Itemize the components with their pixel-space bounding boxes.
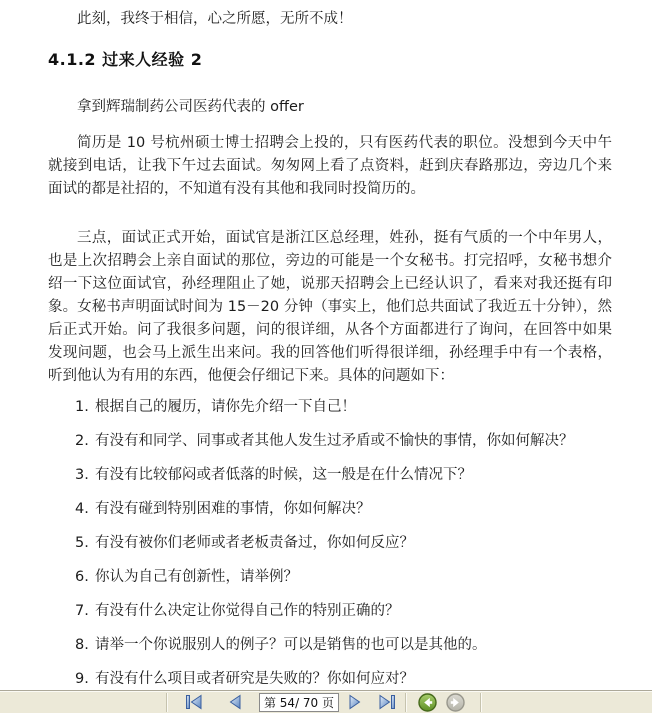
forward-history-icon: [446, 693, 465, 712]
last-page-button[interactable]: [377, 692, 397, 712]
first-page-icon: [184, 694, 204, 710]
paragraph: 三点，面试正式开始，面试官是浙江区总经理，姓孙，挺有气质的一个中年男人，也是上次…: [48, 227, 612, 388]
page-navigation-toolbar: 第 54/ 70 页: [0, 690, 652, 713]
document-viewer-window: 此刻，我终于相信，心之所愿，无所不成！ 4.1.2 过来人经验 2 拿到辉瑞制药…: [0, 0, 652, 713]
next-page-button[interactable]: [347, 692, 363, 712]
offer-line: 拿到辉瑞制药公司医药代表的 offer: [48, 96, 612, 119]
list-item: 7.有没有什么决定让你觉得自己作的特别正确的？: [75, 600, 612, 622]
list-item: 9.有没有什么项目或者研究是失败的？你如何应对？: [75, 668, 612, 690]
back-history-icon: [418, 693, 437, 712]
page-number-label: 第 54/ 70 页: [264, 694, 334, 711]
list-item: 3.有没有比较郁闷或者低落的时候，这一般是在什么情况下？: [75, 464, 612, 486]
list-item: 2.有没有和同学、同事或者其他人发生过矛盾或不愉快的事情，你如何解决？: [75, 430, 612, 452]
toolbar-separator: [480, 693, 482, 712]
forward-button[interactable]: [446, 692, 465, 712]
toolbar-separator: [166, 693, 168, 712]
opening-paragraph: 此刻，我终于相信，心之所愿，无所不成！: [48, 8, 612, 31]
last-page-icon: [377, 694, 397, 710]
list-item: 1.根据自己的履历，请你先介绍一下自己！: [75, 396, 612, 418]
next-page-icon: [347, 694, 363, 710]
section-heading: 4.1.2 过来人经验 2: [48, 50, 612, 70]
list-item: 5.有没有被你们老师或者老板责备过，你如何反应？: [75, 532, 612, 554]
first-page-button[interactable]: [184, 692, 204, 712]
previous-page-icon: [227, 694, 243, 710]
question-list: 1.根据自己的履历，请你先介绍一下自己！ 2.有没有和同学、同事或者其他人发生过…: [48, 396, 612, 690]
previous-page-button[interactable]: [227, 692, 243, 712]
page-number-field[interactable]: 第 54/ 70 页: [259, 693, 339, 712]
paragraph: 简历是 10 号杭州硕士博士招聘会上投的，只有医药代表的职位。没想到今天中午就接…: [48, 132, 612, 201]
list-item: 6.你认为自己有创新性，请举例？: [75, 566, 612, 588]
back-button[interactable]: [418, 692, 437, 712]
list-item: 4.有没有碰到特别困难的事情，你如何解决？: [75, 498, 612, 520]
document-page: 此刻，我终于相信，心之所愿，无所不成！ 4.1.2 过来人经验 2 拿到辉瑞制药…: [0, 0, 652, 690]
toolbar-separator: [405, 693, 407, 712]
list-item: 8.请举一个你说服别人的例子？可以是销售的也可以是其他的。: [75, 634, 612, 656]
